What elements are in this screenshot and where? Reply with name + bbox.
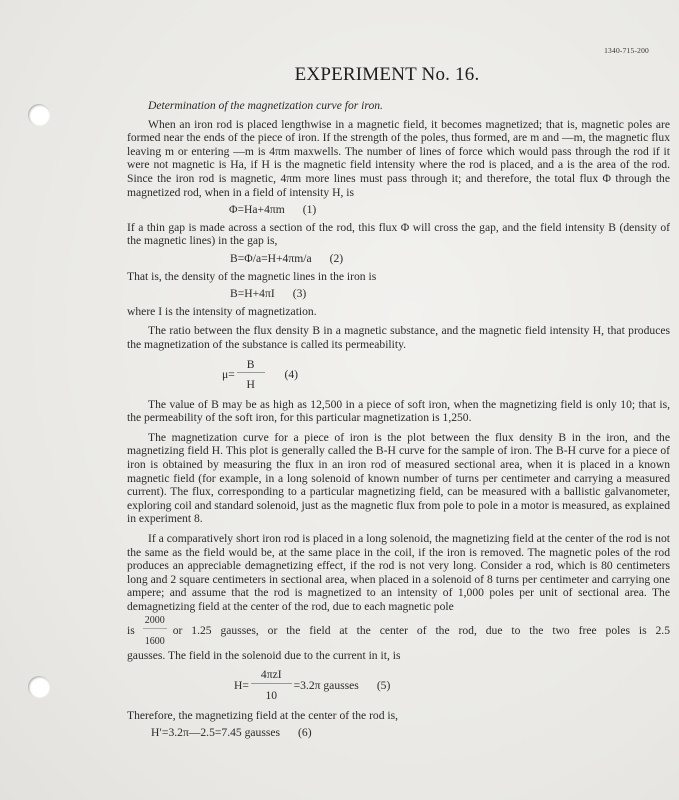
equation-4: μ= B H (4) [127,358,670,392]
paragraph-soft-iron: The value of B may be as high as 12,500 … [127,398,670,425]
equation-6-expr: H′=3.2π—2.5=7.45 gausses [151,726,280,739]
paragraph-intro: When an iron rod is placed lengthwise in… [127,118,670,200]
equation-1-number: (1) [303,203,317,216]
section-subtitle: Determination of the magnetization curve… [148,99,670,113]
equation-3-expr: B=H+4πI [230,287,275,300]
paragraph-conclusion: Therefore, the magnetizing field at the … [127,709,670,723]
equation-2-number: (2) [330,252,344,265]
demagnetizing-tail: or 1.25 gausses, or the field at the cen… [173,624,670,638]
paragraph-bh-curve: The magnetization curve for a piece of i… [127,431,670,526]
equation-4-numerator: B [237,358,265,374]
paragraph-solenoid-field: gausses. The field in the solenoid due t… [127,649,670,663]
equation-5-number: (5) [377,679,391,693]
equation-2: B=Φ/a=H+4πm/a(2) [127,252,670,266]
document-number: 1340-715-200 [604,46,649,55]
paragraph-density: That is, the density of the magnetic lin… [127,270,670,284]
equation-1-expr: Φ=Ha+4πm [229,203,285,216]
equation-3: B=H+4πI(3) [127,287,670,301]
inline-fraction: 2000 1600 [143,614,167,649]
punch-hole-top [28,104,50,126]
equation-5-rhs: =3.2π gausses [294,679,359,693]
scanned-page: 1340-715-200 EXPERIMENT No. 16. Determin… [0,0,679,800]
punch-hole-bottom [28,676,50,698]
equation-5-denominator: 10 [265,684,277,703]
equation-5-fraction: 4πzI 10 [251,668,292,702]
equation-4-lhs: μ= [222,368,235,382]
inline-fraction-numerator: 2000 [143,614,167,630]
page-title: EXPERIMENT No. 16. [0,64,679,86]
equation-6-number: (6) [298,726,312,739]
is-word: is [127,624,135,638]
equation-4-number: (4) [285,368,299,382]
equation-4-fraction: B H [237,358,265,392]
paragraph-permeability: The ratio between the flux density B in … [127,324,670,351]
equation-5: H= 4πzI 10 =3.2π gausses (5) [127,668,670,702]
document-body: Determination of the magnetization curve… [127,99,670,744]
paragraph-intensity: where I is the intensity of magnetizatio… [127,305,670,319]
equation-4-denominator: H [246,373,254,392]
equation-1: Φ=Ha+4πm(1) [127,203,670,217]
demagnetizing-field-line: is 2000 1600 or 1.25 gausses, or the fie… [127,614,670,649]
paragraph-demagnetizing: If a comparatively short iron rod is pla… [127,532,670,614]
equation-2-expr: B=Φ/a=H+4πm/a [230,252,312,265]
equation-5-lhs: H= [234,679,249,693]
equation-6: H′=3.2π—2.5=7.45 gausses(6) [127,726,670,740]
equation-5-numerator: 4πzI [251,668,292,684]
inline-fraction-denominator: 1600 [145,629,165,649]
equation-3-number: (3) [293,287,307,300]
paragraph-gap: If a thin gap is made across a section o… [127,221,670,248]
